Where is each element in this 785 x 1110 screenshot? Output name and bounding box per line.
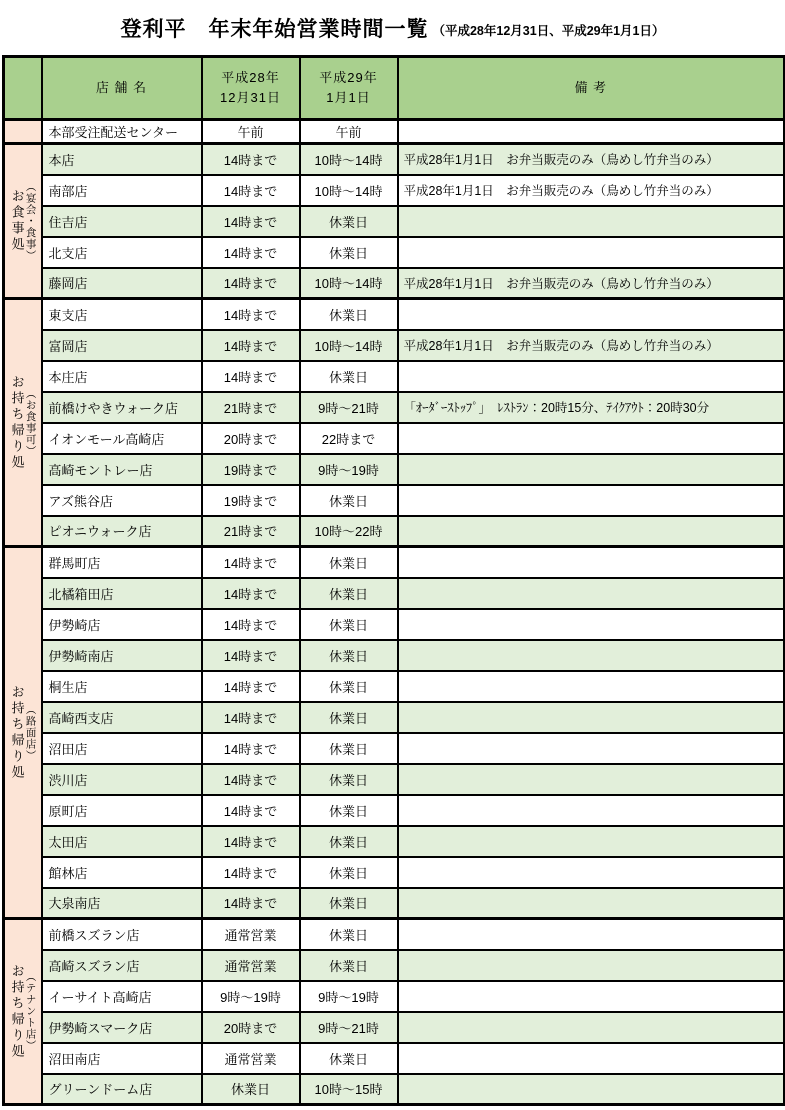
hours-jan1: 休業日 [300,640,398,671]
table-row: 沼田店 14時まで 休業日 [4,733,785,764]
hours-dec31: 14時まで [202,361,300,392]
remark [398,120,785,144]
hours-jan1: 午前 [300,120,398,144]
hours-dec31: 21時まで [202,392,300,423]
hours-dec31: 19時まで [202,454,300,485]
category-label: お持ち帰り処 [10,964,24,1060]
table-row: イーサイト高崎店 9時～19時 9時～19時 [4,981,785,1012]
store-name: 前橋けやきウォーク店 [42,392,202,423]
remark [398,888,785,919]
store-name: ピオニウォーク店 [42,516,202,547]
remark [398,299,785,330]
category-label: お持ち帰り処 [10,375,24,471]
remark [398,795,785,826]
remark [398,516,785,547]
hours-dec31: 19時まで [202,485,300,516]
hours-dec31: 14時まで [202,640,300,671]
store-name: 伊勢崎店 [42,609,202,640]
category-sublabel: （お食事可） [25,388,36,457]
hours-dec31: 14時まで [202,268,300,299]
hours-dec31: 9時～19時 [202,981,300,1012]
hours-jan1: 休業日 [300,795,398,826]
hours-jan1: 休業日 [300,299,398,330]
table-row: アズ熊谷店 19時まで 休業日 [4,485,785,516]
hours-jan1: 休業日 [300,671,398,702]
table-row: 本部受注配送センター 午前 午前 [4,120,785,144]
hours-jan1: 9時～21時 [300,392,398,423]
hours-dec31: 14時まで [202,671,300,702]
table-row: 伊勢崎スマーク店 20時まで 9時～21時 [4,1012,785,1043]
hours-dec31: 通常営業 [202,919,300,950]
col-header-store-name: 店 舗 名 [42,57,202,120]
store-name: 本店 [42,144,202,175]
table-row: 住吉店 14時まで 休業日 [4,206,785,237]
store-name: 高崎西支店 [42,702,202,733]
store-name: イオンモール高崎店 [42,423,202,454]
page-title: 登利平 年末年始営業時間一覧 （平成28年12月31日、平成29年1月1日） [0,0,785,55]
hours-dec31: 14時まで [202,609,300,640]
store-name: 東支店 [42,299,202,330]
table-row: 沼田南店 通常営業 休業日 [4,1043,785,1074]
page-title-main: 登利平 年末年始営業時間一覧 [120,13,428,43]
table-row: 館林店 14時まで 休業日 [4,857,785,888]
table-row: 北橘箱田店 14時まで 休業日 [4,578,785,609]
table-row: 南部店 14時まで 10時～14時 平成28年1月1日 お弁当販売のみ（鳥めし竹… [4,175,785,206]
hours-dec31: 14時まで [202,237,300,268]
business-hours-table: 店 舗 名 平成28年 12月31日 平成29年 1月1日 備 考 本部受注配送… [2,55,785,1106]
store-name: 北橘箱田店 [42,578,202,609]
hours-jan1: 休業日 [300,919,398,950]
category-sublabel: （路面店） [25,704,36,762]
hours-jan1: 休業日 [300,888,398,919]
hours-jan1: 22時まで [300,423,398,454]
store-name: 群馬町店 [42,547,202,578]
hours-jan1: 10時～14時 [300,144,398,175]
hours-dec31: 14時まで [202,330,300,361]
hours-dec31: 21時まで [202,516,300,547]
table-row: お持ち帰り処 （テナント店） 前橋スズラン店 通常営業 休業日 [4,919,785,950]
remark [398,423,785,454]
remark [398,485,785,516]
remark: 平成28年1月1日 お弁当販売のみ（鳥めし竹弁当のみ） [398,330,785,361]
remark: 「ｵｰﾀﾞｰｽﾄｯﾌﾟ」 ﾚｽﾄﾗﾝ：20時15分、ﾃｲｸｱｳﾄ：20時30分 [398,392,785,423]
hours-jan1: 休業日 [300,857,398,888]
remark: 平成28年1月1日 お弁当販売のみ（鳥めし竹弁当のみ） [398,144,785,175]
store-name: 館林店 [42,857,202,888]
category-cell-empty [4,120,42,144]
hours-dec31: 14時まで [202,857,300,888]
hours-jan1: 休業日 [300,547,398,578]
hours-dec31: 14時まで [202,206,300,237]
store-name: 北支店 [42,237,202,268]
hours-jan1: 10時～14時 [300,175,398,206]
hours-jan1: 休業日 [300,826,398,857]
store-name: 太田店 [42,826,202,857]
hours-jan1: 9時～19時 [300,454,398,485]
table-row: 高崎スズラン店 通常営業 休業日 [4,950,785,981]
hours-dec31: 14時まで [202,144,300,175]
table-row: 伊勢崎南店 14時まで 休業日 [4,640,785,671]
remark [398,857,785,888]
table-row: お持ち帰り処 （路面店） 群馬町店 14時まで 休業日 [4,547,785,578]
col-header-dec31: 平成28年 12月31日 [202,57,300,120]
table-row: 高崎西支店 14時まで 休業日 [4,702,785,733]
hours-dec31: 通常営業 [202,950,300,981]
store-name: グリーンドーム店 [42,1074,202,1105]
hours-jan1: 10時～22時 [300,516,398,547]
hours-jan1: 10時～14時 [300,268,398,299]
col-header-jan1: 平成29年 1月1日 [300,57,398,120]
category-cell-takeout-tenant: お持ち帰り処 （テナント店） [4,919,42,1105]
col-header-remarks: 備 考 [398,57,785,120]
remark [398,578,785,609]
hours-jan1: 休業日 [300,485,398,516]
store-name: 渋川店 [42,764,202,795]
remark [398,919,785,950]
category-cell-takeout-street: お持ち帰り処 （路面店） [4,547,42,919]
hours-jan1: 9時～21時 [300,1012,398,1043]
hours-dec31: 14時まで [202,175,300,206]
remark [398,733,785,764]
hours-dec31: 20時まで [202,423,300,454]
hours-dec31: 14時まで [202,299,300,330]
remark: 平成28年1月1日 お弁当販売のみ（鳥めし竹弁当のみ） [398,175,785,206]
store-name: イーサイト高崎店 [42,981,202,1012]
remark [398,671,785,702]
category-sublabel: （テナント店） [25,971,36,1052]
store-name: 本部受注配送センター [42,120,202,144]
store-name: 前橋スズラン店 [42,919,202,950]
remark [398,454,785,485]
remark [398,361,785,392]
table-row: ピオニウォーク店 21時まで 10時～22時 [4,516,785,547]
table-header-row: 店 舗 名 平成28年 12月31日 平成29年 1月1日 備 考 [4,57,785,120]
hours-dec31: 14時まで [202,578,300,609]
hours-dec31: 14時まで [202,547,300,578]
table-row: お食事処 （宴会・食事） 本店 14時まで 10時～14時 平成28年1月1日 … [4,144,785,175]
table-row: 桐生店 14時まで 休業日 [4,671,785,702]
category-cell-dining: お食事処 （宴会・食事） [4,144,42,299]
store-name: 高崎モントレー店 [42,454,202,485]
hours-dec31: 休業日 [202,1074,300,1105]
remark [398,206,785,237]
hours-jan1: 10時～14時 [300,330,398,361]
remark [398,981,785,1012]
store-name: 南部店 [42,175,202,206]
remark [398,702,785,733]
hours-dec31: 14時まで [202,702,300,733]
store-name: 高崎スズラン店 [42,950,202,981]
table-row: 藤岡店 14時まで 10時～14時 平成28年1月1日 お弁当販売のみ（鳥めし竹… [4,268,785,299]
hours-dec31: 午前 [202,120,300,144]
remark [398,950,785,981]
remark [398,1043,785,1074]
store-name: 伊勢崎南店 [42,640,202,671]
remark [398,640,785,671]
store-name: 沼田店 [42,733,202,764]
remark [398,826,785,857]
table-row: イオンモール高崎店 20時まで 22時まで [4,423,785,454]
hours-dec31: 14時まで [202,764,300,795]
remark [398,237,785,268]
store-name: 原町店 [42,795,202,826]
store-name: 本庄店 [42,361,202,392]
store-name: 桐生店 [42,671,202,702]
table-row: 富岡店 14時まで 10時～14時 平成28年1月1日 お弁当販売のみ（鳥めし竹… [4,330,785,361]
hours-dec31: 14時まで [202,888,300,919]
hours-jan1: 休業日 [300,733,398,764]
hours-dec31: 通常営業 [202,1043,300,1074]
hours-jan1: 休業日 [300,206,398,237]
page-title-dates: （平成28年12月31日、平成29年1月1日） [432,21,664,39]
table-row: グリーンドーム店 休業日 10時～15時 [4,1074,785,1105]
hours-dec31: 14時まで [202,733,300,764]
hours-dec31: 20時まで [202,1012,300,1043]
table-row: 太田店 14時まで 休業日 [4,826,785,857]
store-name: 大泉南店 [42,888,202,919]
store-name: 沼田南店 [42,1043,202,1074]
store-name: 藤岡店 [42,268,202,299]
store-name: 住吉店 [42,206,202,237]
diagonal-corner-cell [4,57,42,120]
hours-jan1: 休業日 [300,1043,398,1074]
remark [398,764,785,795]
remark [398,1012,785,1043]
remark: 平成28年1月1日 お弁当販売のみ（鳥めし竹弁当のみ） [398,268,785,299]
table-row: お持ち帰り処 （お食事可） 東支店 14時まで 休業日 [4,299,785,330]
hours-jan1: 休業日 [300,578,398,609]
remark [398,547,785,578]
category-cell-takeout-dinein: お持ち帰り処 （お食事可） [4,299,42,547]
table-row: 大泉南店 14時まで 休業日 [4,888,785,919]
category-sublabel: （宴会・食事） [25,181,36,262]
hours-jan1: 休業日 [300,950,398,981]
remark [398,1074,785,1105]
hours-jan1: 休業日 [300,702,398,733]
hours-jan1: 10時～15時 [300,1074,398,1105]
hours-dec31: 14時まで [202,795,300,826]
table-row: 前橋けやきウォーク店 21時まで 9時～21時 「ｵｰﾀﾞｰｽﾄｯﾌﾟ」 ﾚｽﾄ… [4,392,785,423]
store-name: 伊勢崎スマーク店 [42,1012,202,1043]
hours-jan1: 休業日 [300,764,398,795]
hours-dec31: 14時まで [202,826,300,857]
category-label: お食事処 [10,189,24,253]
hours-jan1: 休業日 [300,609,398,640]
hours-jan1: 休業日 [300,361,398,392]
table-row: 渋川店 14時まで 休業日 [4,764,785,795]
store-name: 富岡店 [42,330,202,361]
hours-jan1: 休業日 [300,237,398,268]
category-label: お持ち帰り処 [10,685,24,781]
table-row: 原町店 14時まで 休業日 [4,795,785,826]
table-row: 伊勢崎店 14時まで 休業日 [4,609,785,640]
hours-jan1: 9時～19時 [300,981,398,1012]
table-row: 北支店 14時まで 休業日 [4,237,785,268]
table-row: 本庄店 14時まで 休業日 [4,361,785,392]
table-row: 高崎モントレー店 19時まで 9時～19時 [4,454,785,485]
store-name: アズ熊谷店 [42,485,202,516]
remark [398,609,785,640]
